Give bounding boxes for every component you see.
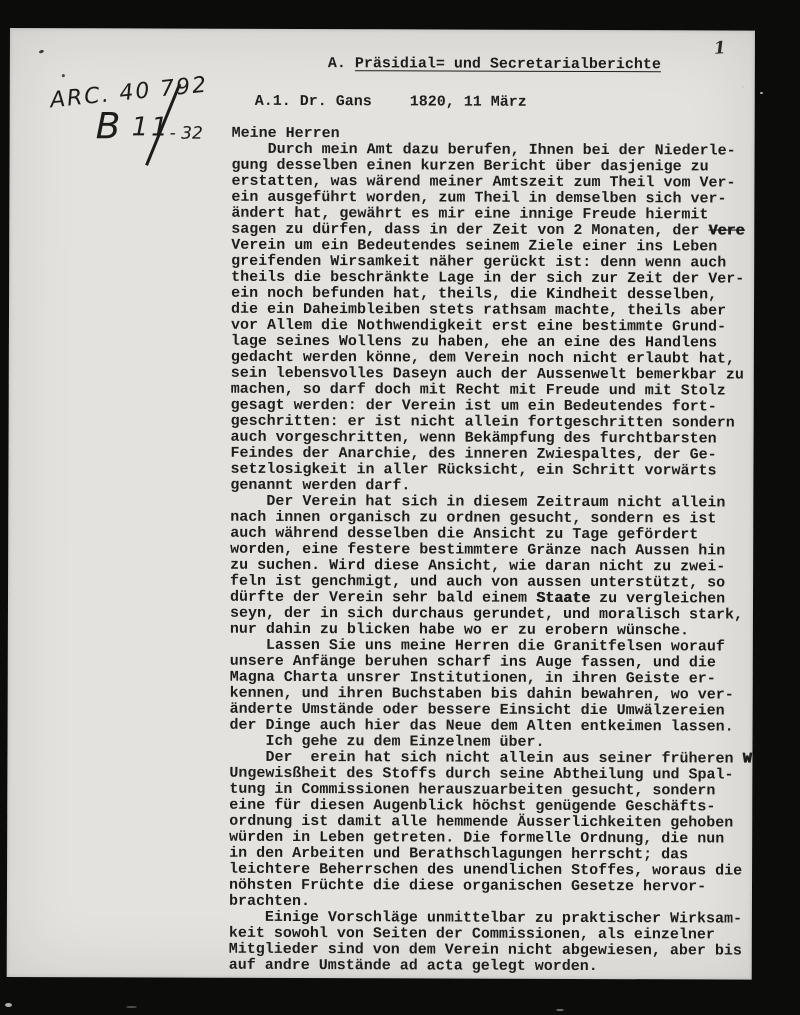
doc-heading: A.1. Dr. Gans 1820, 11 März [255, 93, 655, 112]
archival-mark-number-large: 11 [132, 112, 171, 142]
heading-author: Dr. Gans [300, 93, 372, 110]
scan-background: { "page": { "number": "1", "archival_mar… [0, 0, 800, 1015]
title-prefix: A. [328, 55, 355, 72]
archival-mark-letter: B [96, 106, 121, 147]
document-title: A. Präsidial= und Secretarialberichte [328, 55, 661, 73]
heading-date: 1820, 11 März [410, 93, 527, 110]
overstruck-token: Staate [536, 590, 590, 607]
title-text: Präsidial= und Secretarialberichte [355, 55, 661, 73]
page-number: 1 [713, 38, 726, 59]
archival-mark-line1: ARC. 40 792 [49, 72, 209, 113]
paper-speck [39, 49, 45, 54]
document-body: Meine Herren Durch mein Amt dazu berufen… [229, 126, 772, 976]
border-speck [760, 92, 763, 94]
overstruck-token: W [743, 751, 752, 768]
text-line: nöhsten Früchte die diese organischen Ge… [229, 878, 769, 896]
border-speck [5, 1003, 12, 1007]
heading-index: A.1. [255, 93, 291, 110]
archival-mark-number-small: - 32 [170, 124, 203, 144]
text-line: auf andre Umstände ad acta gelegt worden… [229, 958, 769, 976]
border-speck [126, 1006, 137, 1008]
border-speck [556, 1009, 564, 1011]
paper-speck [62, 74, 65, 77]
overstruck-token: Vere [708, 222, 744, 239]
document-page: 1 A. Präsidial= und Secretarialberichte … [7, 28, 755, 980]
border-speck [742, 86, 744, 88]
archival-mark: ARC. 40 792 B 11 - 32 [10, 28, 755, 31]
